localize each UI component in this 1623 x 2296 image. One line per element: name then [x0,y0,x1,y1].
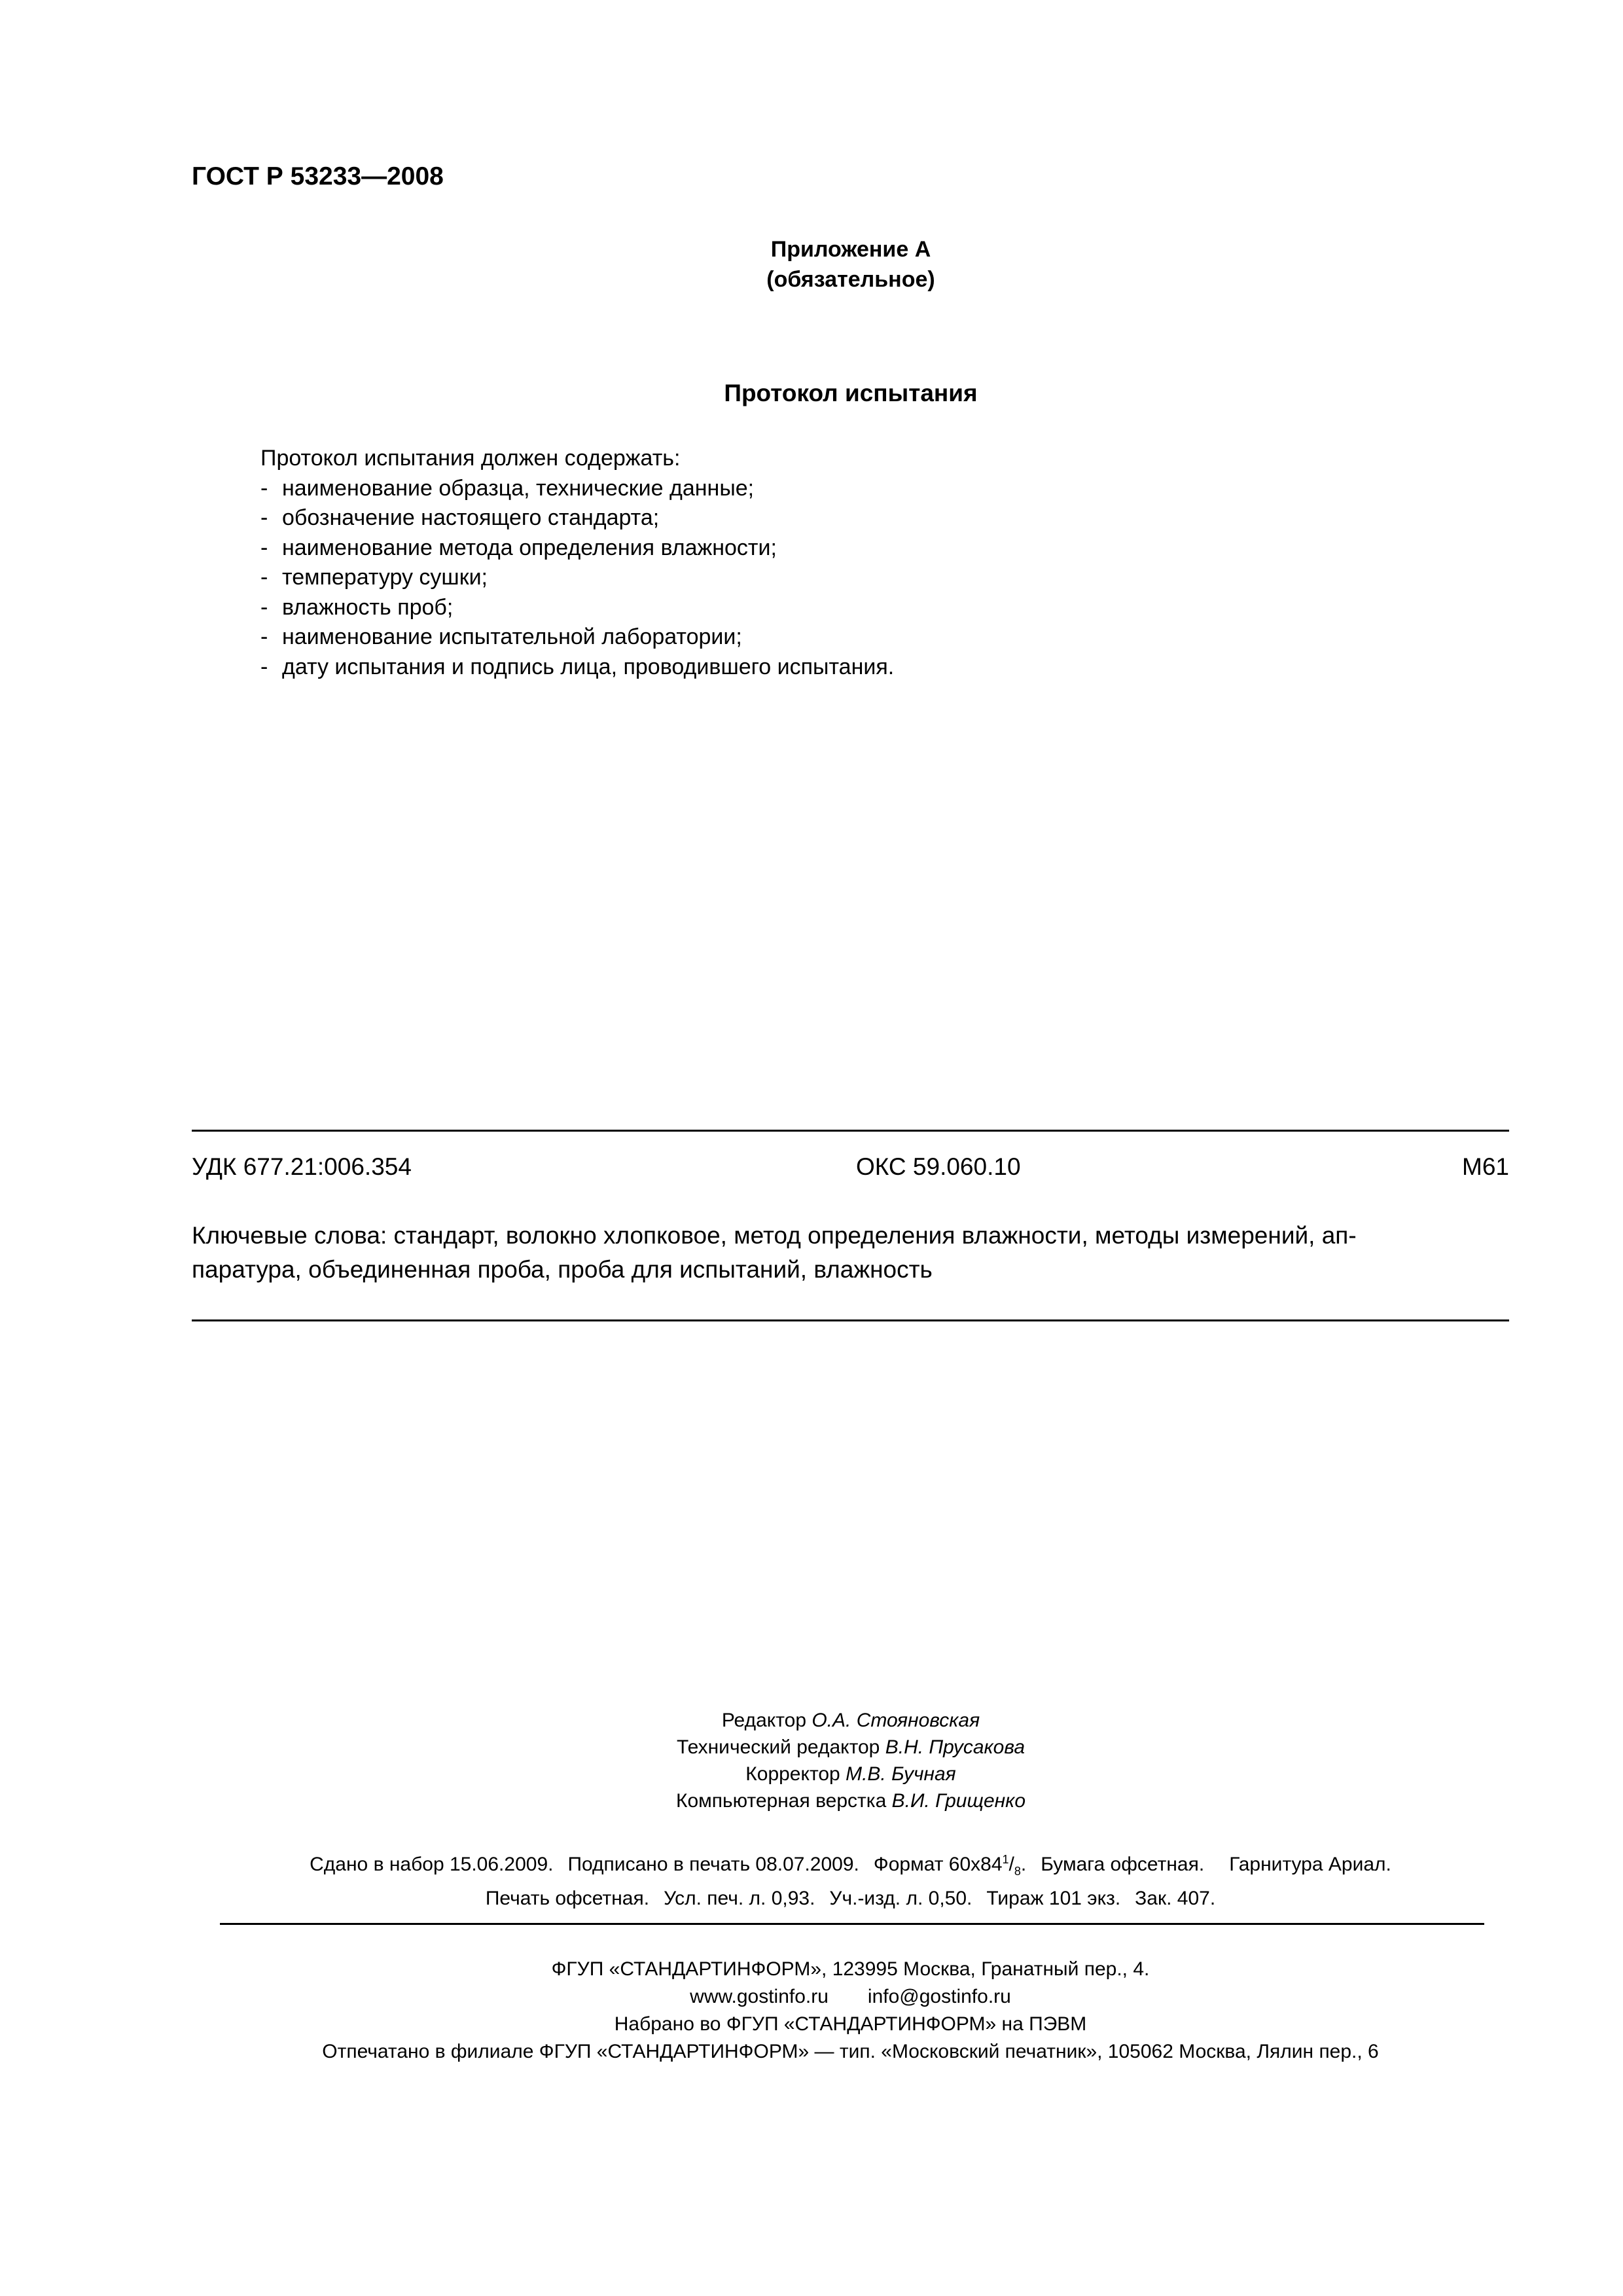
printed-note: Отпечатано в филиале ФГУП «СТАНДАРТИНФОР… [192,2038,1509,2066]
list-item: -наименование метода определения влажнос… [260,533,894,564]
dash-bullet: - [260,593,282,623]
format: Формат 60x841/8. [874,1854,1026,1875]
dash-bullet: - [260,503,282,533]
publisher-info: ФГУП «СТАНДАРТИНФОРМ», 123995 Москва, Гр… [192,1956,1509,2066]
document-code: ГОСТ Р 53233—2008 [192,162,444,191]
typeset-note: Набрано во ФГУП «СТАНДАРТИНФОРМ» на ПЭВМ [192,2011,1509,2038]
dash-bullet: - [260,533,282,564]
keywords: Ключевые слова: стандарт, волокно хлопко… [192,1219,1509,1287]
list-item: -обозначение настоящего стандарта; [260,503,894,533]
divider-bottom [220,1923,1484,1925]
dash-bullet: - [260,622,282,653]
keywords-line-1: Ключевые слова: стандарт, волокно хлопко… [192,1219,1509,1253]
requirements-list: Протокол испытания должен содержать: -на… [260,444,894,682]
website-link[interactable]: www.gostinfo.ru [690,1986,829,2007]
list-item: -дату испытания и подпись лица, проводив… [260,653,894,683]
dash-bullet: - [260,653,282,683]
list-item: -наименование образца, технические данны… [260,474,894,504]
section-title: Протокол испытания [589,380,1113,407]
oks-code: ОКС 59.060.10 [856,1153,1021,1181]
publisher-address: ФГУП «СТАНДАРТИНФОРМ», 123995 Москва, Гр… [192,1956,1509,1983]
divider-top [192,1130,1509,1132]
credit-editor: Редактор О.А. Стояновская [524,1707,1178,1734]
list-item: -температуру сушки; [260,563,894,593]
keywords-line-2: паратура, объединенная проба, проба для … [192,1253,1509,1287]
credit-tech-editor: Технический редактор В.Н. Прусакова [524,1734,1178,1761]
list-item: -наименование испытательной лаборатории; [260,622,894,653]
email-link[interactable]: info@gostinfo.ru [868,1986,1011,2007]
appendix-status: (обязательное) [648,264,1054,295]
list-item: -влажность проб; [260,593,894,623]
credit-proofreader: Корректор М.В. Бучная [524,1761,1178,1787]
editorial-credits: Редактор О.А. Стояновская Технический ре… [524,1707,1178,1814]
publisher-contacts: www.gostinfo.ruinfo@gostinfo.ru [192,1983,1509,2011]
divider-middle [192,1319,1509,1321]
credit-layout: Компьютерная верстка В.И. Грищенко [524,1787,1178,1814]
dash-bullet: - [260,474,282,504]
appendix-heading: Приложение А (обязательное) [648,234,1054,295]
appendix-title: Приложение А [648,234,1054,264]
requirements-intro: Протокол испытания должен содержать: [260,444,894,474]
classification-row: УДК 677.21:006.354 ОКС 59.060.10 М61 [192,1153,1509,1186]
dash-bullet: - [260,563,282,593]
imprint-line-1: Сдано в набор 15.06.2009.Подписано в печ… [192,1846,1509,1885]
group-code: М61 [1462,1153,1509,1181]
udk-code: УДК 677.21:006.354 [192,1153,412,1181]
imprint: Сдано в набор 15.06.2009.Подписано в печ… [192,1846,1509,1912]
imprint-line-2: Печать офсетная.Усл. печ. л. 0,93.Уч.-из… [192,1885,1509,1912]
